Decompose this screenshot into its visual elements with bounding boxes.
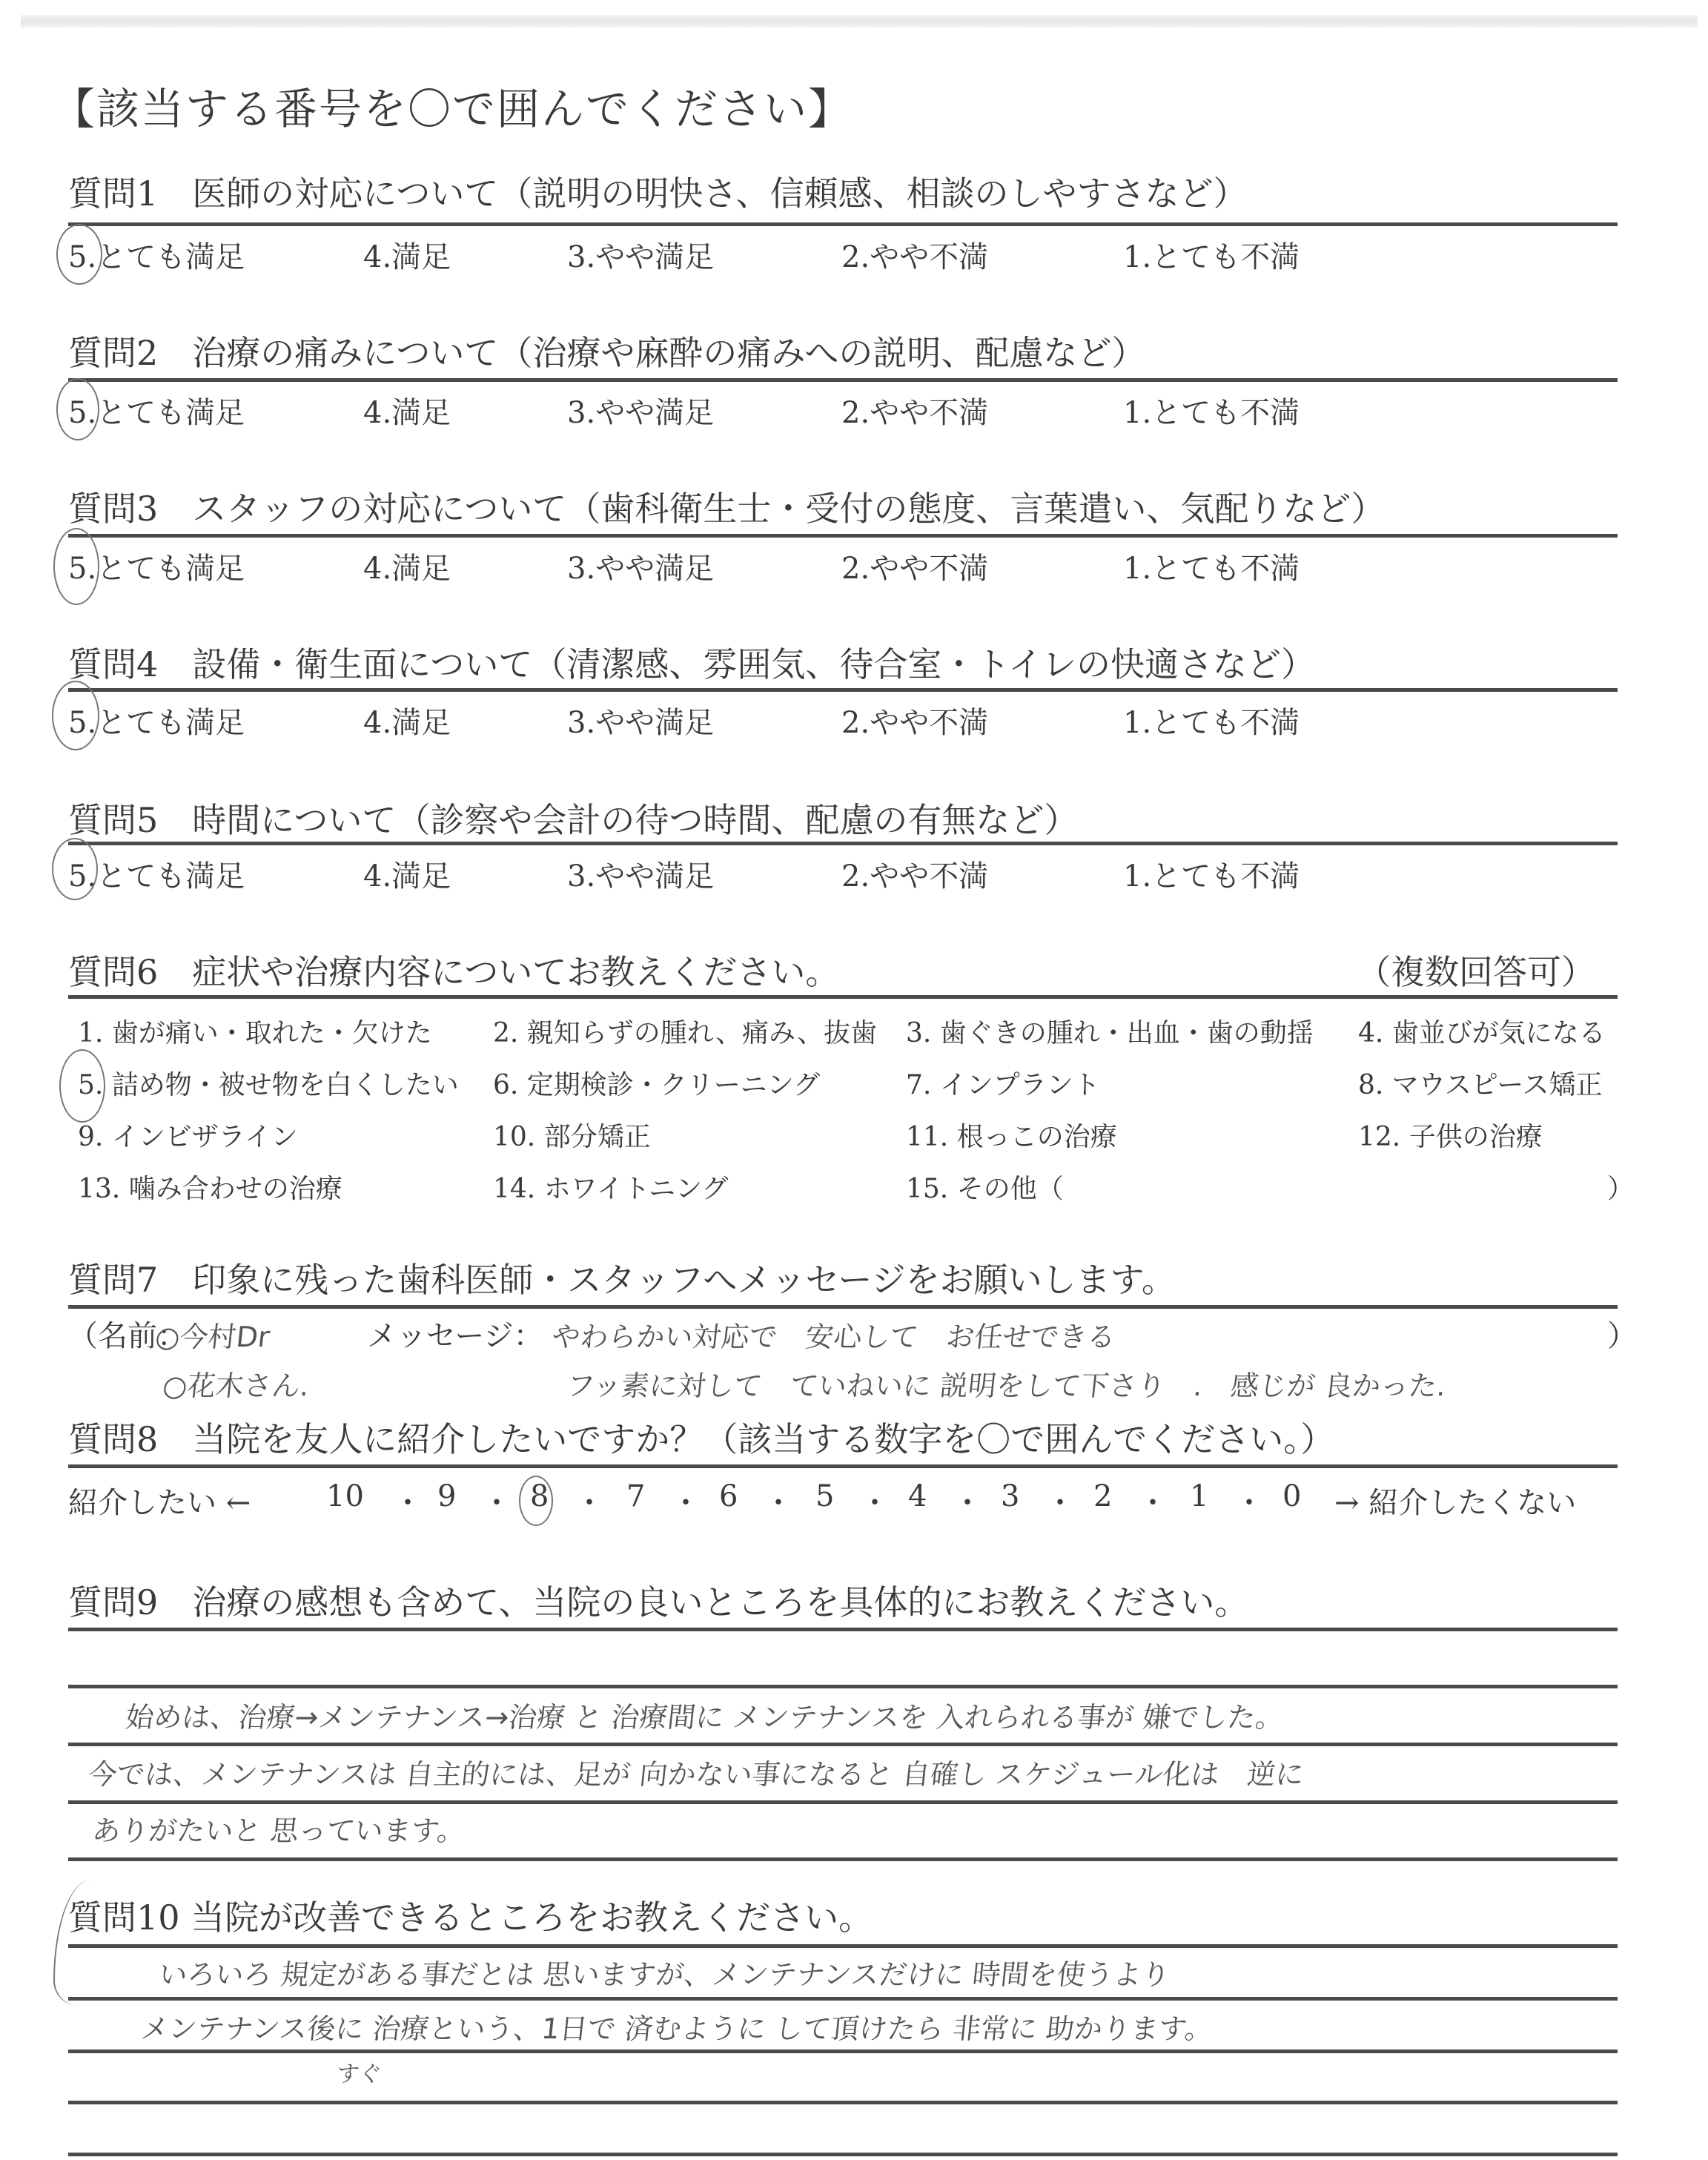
selection-circle-mark [53,528,99,605]
handwritten-message-2[interactable]: フッ素に対して ていねいに 説明をして下さり . 感じが 良かった. [565,1363,1448,1404]
question-8-title: 質問8 当院を友人に紹介したいですか？（該当する数字を〇で囲んでください。） [68,1413,1334,1462]
scale-value-6[interactable]: 6 [719,1479,738,1513]
message-label: メッセージ： [367,1312,543,1355]
option-1[interactable]: 1.とても不満 [1123,699,1300,742]
scale-value-9[interactable]: 9 [437,1479,456,1513]
option-2[interactable]: 2.やや不満 [841,545,988,587]
scale-separator: ・ [1045,1479,1075,1522]
option-1[interactable]: 1.とても不満 [1123,545,1300,587]
symptom-option-14[interactable]: 14. ホワイトニング [493,1168,728,1206]
divider [68,1305,1618,1309]
question-4-title: 質問4 設備・衛生面について（清潔感、雰囲気、待合室・トイレの快適さなど） [68,638,1315,687]
scale-value-2[interactable]: 2 [1093,1479,1112,1513]
scale-value-5[interactable]: 5 [815,1479,834,1513]
selection-circle-mark [519,1476,553,1526]
question-3-title: 質問3 スタッフの対応について（歯科衛生士・受付の態度、言葉遣い、気配りなど） [68,482,1385,531]
divider [68,842,1618,845]
option-4[interactable]: 4.満足 [363,545,451,587]
scale-value-7[interactable]: 7 [626,1479,645,1513]
divider [68,378,1618,382]
question-1-title: 質問1 医師の対応について（説明の明快さ、信頼感、相談のしやすさなど） [68,167,1248,216]
option-3[interactable]: 3.やや満足 [567,699,714,742]
option-4[interactable]: 4.満足 [363,853,451,895]
answer-line [68,2050,1618,2053]
option-2[interactable]: 2.やや不満 [841,699,988,742]
other-close-paren: ） [1607,1168,1634,1206]
question-5-title: 質問5 時間について（診察や会計の待つ時間、配慮の有無など） [68,793,1078,842]
scale-value-1[interactable]: 1 [1190,1479,1208,1513]
handwritten-insertion[interactable]: すぐ [336,2055,384,2088]
option-1[interactable]: 1.とても不満 [1123,234,1300,276]
answer-line [68,1944,1618,1948]
scale-value-0[interactable]: 0 [1282,1479,1301,1513]
option-3[interactable]: 3.やや満足 [567,545,714,587]
symptom-option-4[interactable]: 4. 歯並びが気になる [1358,1012,1606,1050]
divider [68,534,1618,538]
page-heading: 【該当する番号を〇で囲んでください】 [52,74,853,136]
scale-separator: ・ [953,1479,982,1522]
handwritten-answer-line-3[interactable]: ありがたいと 思っています。 [90,1808,468,1849]
handwritten-name-1[interactable]: ○今村Dr [153,1314,272,1355]
option-3[interactable]: 3.やや満足 [567,853,714,895]
option-3[interactable]: 3.やや満足 [567,234,714,276]
scan-top-edge [21,15,1698,28]
handwritten-message-1[interactable]: やわらかい対応で 安心して お任せできる [550,1314,1118,1355]
symptom-option-5[interactable]: 5. 詰め物・被せ物を白くしたい [78,1064,459,1102]
scale-right-label: → 紹介したくない [1334,1479,1576,1522]
option-1[interactable]: 1.とても不満 [1123,853,1300,895]
handwritten-name-2[interactable]: ○花木さん. [161,1363,311,1404]
scale-value-4[interactable]: 4 [908,1479,927,1513]
symptom-option-8[interactable]: 8. マウスピース矯正 [1358,1064,1602,1102]
selection-circle-mark [56,378,99,440]
answer-line [68,1685,1618,1688]
selection-circle-mark [52,838,98,900]
scale-value-10[interactable]: 10 [326,1479,364,1513]
divider [68,222,1618,226]
answer-line [68,2153,1618,2156]
scale-separator: ・ [860,1479,890,1522]
answer-line [68,1800,1618,1804]
handwritten-answer-line-2[interactable]: 今では、メンテナンスは 自主的には、足が 向かない事になると 自確し スケジュー… [87,1751,1306,1792]
scale-separator: ・ [393,1479,423,1522]
symptom-option-7[interactable]: 7. インプラント [906,1064,1100,1102]
answer-line [68,1857,1618,1861]
scale-value-3[interactable]: 3 [1001,1479,1019,1513]
message-close-paren: ） [1607,1312,1637,1355]
option-4[interactable]: 4.満足 [363,389,451,432]
scale-separator: ・ [1138,1479,1168,1522]
symptom-option-3[interactable]: 3. 歯ぐきの腫れ・出血・歯の動揺 [906,1012,1314,1050]
symptom-option-1[interactable]: 1. 歯が痛い・取れた・欠けた [78,1012,432,1050]
symptom-option-9[interactable]: 9. インビザライン [78,1116,298,1154]
answer-line [68,1743,1618,1746]
handwritten-answer-line-1[interactable]: いろいろ 規定がある事だとは 思いますが、メンテナンスだけに 時間を使うより [157,1952,1172,1992]
symptom-option-15-other[interactable]: 15. その他（ [906,1168,1064,1206]
scale-separator: ・ [482,1479,512,1522]
option-2[interactable]: 2.やや不満 [841,389,988,432]
scale-separator: ・ [575,1479,604,1522]
option-4[interactable]: 4.満足 [363,234,451,276]
symptom-option-6[interactable]: 6. 定期検診・クリーニング [493,1064,820,1102]
scale-separator: ・ [671,1479,701,1522]
option-2[interactable]: 2.やや不満 [841,234,988,276]
scale-separator: ・ [1234,1479,1264,1522]
question-6-title: 質問6 症状や治療内容についてお教えください。 [68,945,839,994]
symptom-option-2[interactable]: 2. 親知らずの腫れ、痛み、抜歯 [493,1012,877,1050]
symptom-option-12[interactable]: 12. 子供の治療 [1358,1116,1543,1154]
selection-circle-mark [59,1049,105,1123]
symptom-option-13[interactable]: 13. 噛み合わせの治療 [78,1168,342,1206]
answer-line [68,1628,1618,1631]
selection-circle-mark [56,224,102,285]
symptom-option-10[interactable]: 10. 部分矯正 [493,1116,651,1154]
scale-separator: ・ [764,1479,793,1522]
option-1[interactable]: 1.とても不満 [1123,389,1300,432]
option-2[interactable]: 2.やや不満 [841,853,988,895]
multiple-answers-note: （複数回答可） [1357,945,1595,994]
divider [68,688,1618,692]
question-10-title: 質問10 当院が改善できるところをお教えください。 [68,1891,873,1940]
handwritten-answer-line-2[interactable]: メンテナンス後に 治療という、1日で 済むように して頂けたら 非常に 助かりま… [139,2006,1215,2047]
answer-line [68,2101,1618,2104]
question-9-title: 質問9 治療の感想も含めて、当院の良いところを具体的にお教えください。 [68,1576,1248,1625]
option-4[interactable]: 4.満足 [363,699,451,742]
symptom-option-11[interactable]: 11. 根っこの治療 [906,1116,1117,1154]
option-3[interactable]: 3.やや満足 [567,389,714,432]
selection-circle-mark [52,681,99,750]
divider [68,1464,1618,1468]
handwritten-answer-line-1[interactable]: 始めは、治療→メンテナンス→治療 と 治療間に メンテナンスを 入れられる事が … [124,1694,1286,1735]
question-2-title: 質問2 治療の痛みについて（治療や麻酔の痛みへの説明、配慮など） [68,326,1145,375]
divider [68,995,1618,999]
question-7-title: 質問7 印象に残った歯科医師・スタッフへメッセージをお願いします。 [68,1253,1176,1302]
scale-left-label: 紹介したい ← [68,1479,251,1522]
answer-line [68,1997,1618,2001]
